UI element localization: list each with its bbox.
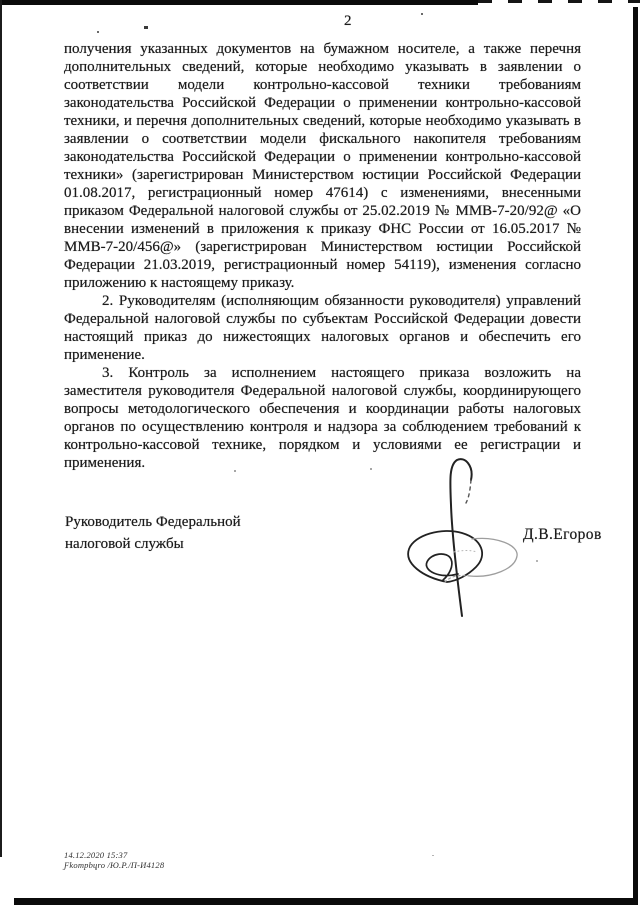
scan-border-bottom bbox=[14, 898, 638, 905]
scanned-document-page: 2 получения указанных документов на бума… bbox=[0, 0, 640, 905]
scan-border-top-dotted bbox=[478, 0, 640, 3]
scan-speck bbox=[97, 31, 99, 33]
footer-stamp: Ƒkompburo /Ю.Р./П-И4128 bbox=[64, 860, 164, 870]
paragraph-continuation: получения указанных документов на бумажн… bbox=[64, 40, 581, 292]
order-body-text: получения указанных документов на бумажн… bbox=[64, 40, 581, 472]
signer-name: Д.В.Егоров bbox=[523, 526, 602, 544]
signature-scribble-icon bbox=[398, 453, 530, 621]
scan-border-left bbox=[0, 0, 2, 857]
scan-border-top bbox=[0, 0, 478, 5]
scan-speck bbox=[536, 560, 538, 562]
scan-speck bbox=[421, 13, 423, 15]
footer-timestamp: 14.12.2020 15:37 bbox=[64, 850, 164, 860]
footer-note: 14.12.2020 15:37 Ƒkompburo /Ю.Р./П-И4128 bbox=[64, 850, 164, 870]
scan-speck bbox=[144, 26, 148, 29]
scan-speck bbox=[432, 855, 434, 856]
signer-title: Руководитель Федеральной налоговой служб… bbox=[65, 511, 277, 555]
page-number: 2 bbox=[344, 13, 352, 30]
paragraph-item-2: 2. Руководителям (исполняющим обязанност… bbox=[64, 292, 581, 364]
scan-border-right bbox=[633, 7, 638, 905]
